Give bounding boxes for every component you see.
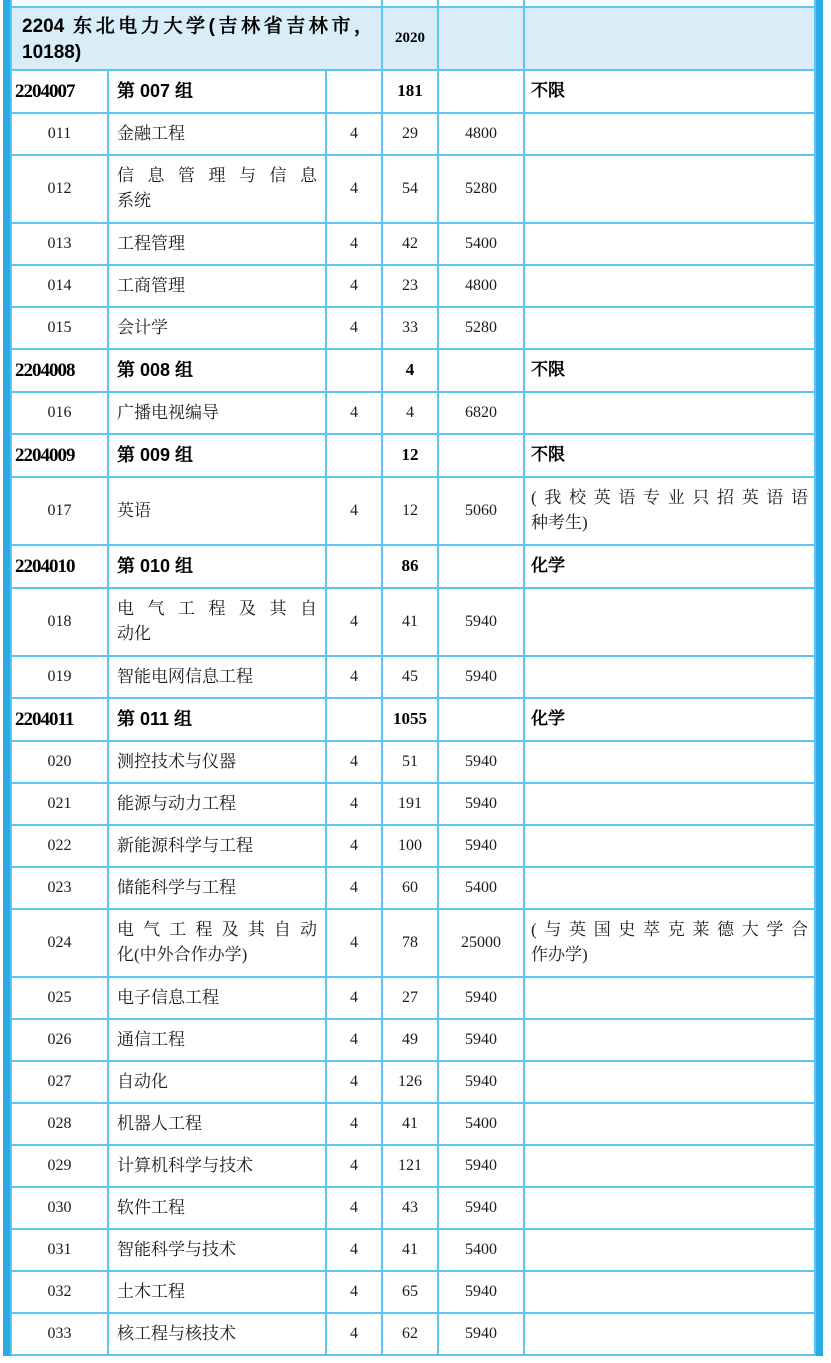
note-cell bbox=[524, 783, 815, 825]
name-cell: 电气工程及其自动化(中外合作办学) bbox=[108, 909, 326, 977]
name-cell: 第 007 组 bbox=[108, 70, 326, 113]
tuition-cell: 5400 bbox=[438, 223, 524, 265]
code-cell: 024 bbox=[11, 909, 108, 977]
tuition-cell: 5940 bbox=[438, 1019, 524, 1061]
cutoff-cell bbox=[382, 0, 438, 7]
count-cell: 191 bbox=[382, 783, 438, 825]
note-cell bbox=[524, 265, 815, 307]
major-row: 012信息管理与信息系统4545280 bbox=[11, 155, 815, 223]
note-cell: (我校英语专业只招英语语种考生) bbox=[524, 477, 815, 545]
note-cell: (与英国史萃克莱德大学合作办学) bbox=[524, 909, 815, 977]
name-cell: 广播电视编导 bbox=[108, 392, 326, 434]
years-cell: 4 bbox=[326, 1019, 382, 1061]
name-cell: 第 011 组 bbox=[108, 698, 326, 741]
major-row: 011金融工程4294800 bbox=[11, 113, 815, 155]
note-cell bbox=[524, 113, 815, 155]
major-row: 019智能电网信息工程4455940 bbox=[11, 656, 815, 698]
code-cell: 2204011 bbox=[11, 698, 108, 741]
years-cell: 4 bbox=[326, 1061, 382, 1103]
major-row: 025电子信息工程4275940 bbox=[11, 977, 815, 1019]
count-cell: 1055 bbox=[382, 698, 438, 741]
note-cell bbox=[524, 1103, 815, 1145]
years-cell: 4 bbox=[326, 477, 382, 545]
group-row: 2204009第 009 组12不限 bbox=[11, 434, 815, 477]
count-cell: 43 bbox=[382, 1187, 438, 1229]
years-cell bbox=[326, 545, 382, 588]
tuition-cell bbox=[438, 545, 524, 588]
count-cell: 23 bbox=[382, 265, 438, 307]
count-cell: 4 bbox=[382, 392, 438, 434]
tuition-cell: 5940 bbox=[438, 977, 524, 1019]
tuition-cell: 5940 bbox=[438, 1271, 524, 1313]
code-cell: 2204009 bbox=[11, 434, 108, 477]
note-cell bbox=[524, 1145, 815, 1187]
text-line: (我校英语专业只招英语语 bbox=[531, 486, 808, 511]
code-cell: 016 bbox=[11, 392, 108, 434]
count-cell: 78 bbox=[382, 909, 438, 977]
major-row: 027自动化41265940 bbox=[11, 1061, 815, 1103]
tuition-cell bbox=[438, 434, 524, 477]
major-row: 021能源与动力工程41915940 bbox=[11, 783, 815, 825]
years-cell bbox=[326, 349, 382, 392]
code-cell: 027 bbox=[11, 1061, 108, 1103]
tuition-cell: 5940 bbox=[438, 1061, 524, 1103]
name-cell: 英语 bbox=[108, 477, 326, 545]
name-cell: 电子信息工程 bbox=[108, 977, 326, 1019]
years-cell: 4 bbox=[326, 588, 382, 656]
code-cell: 031 bbox=[11, 1229, 108, 1271]
years-cell: 4 bbox=[326, 223, 382, 265]
group-row: 2204008第 008 组4不限 bbox=[11, 349, 815, 392]
years-cell bbox=[326, 70, 382, 113]
years-cell: 4 bbox=[326, 909, 382, 977]
major-row: 030软件工程4435940 bbox=[11, 1187, 815, 1229]
name-cell: 信息管理与信息系统 bbox=[108, 155, 326, 223]
admission-year: 2020 bbox=[382, 7, 438, 70]
count-cell: 54 bbox=[382, 155, 438, 223]
major-row: 028机器人工程4415400 bbox=[11, 1103, 815, 1145]
note-cell bbox=[524, 307, 815, 349]
note-cell bbox=[524, 1313, 815, 1355]
tuition-cell: 5400 bbox=[438, 1103, 524, 1145]
tuition-cell: 5940 bbox=[438, 1145, 524, 1187]
note-cell bbox=[524, 155, 815, 223]
name-cell: 智能科学与技术 bbox=[108, 1229, 326, 1271]
note-cell: 不限 bbox=[524, 349, 815, 392]
tuition-cell: 5400 bbox=[438, 867, 524, 909]
count-cell: 100 bbox=[382, 825, 438, 867]
code-cell: 2204007 bbox=[11, 70, 108, 113]
note-cell bbox=[524, 1061, 815, 1103]
name-cell: 第 009 组 bbox=[108, 434, 326, 477]
text-line: 系统 bbox=[117, 189, 317, 214]
count-cell: 12 bbox=[382, 477, 438, 545]
code-cell: 022 bbox=[11, 825, 108, 867]
code-cell: 014 bbox=[11, 265, 108, 307]
count-cell: 45 bbox=[382, 656, 438, 698]
count-cell: 60 bbox=[382, 867, 438, 909]
cutoff-cell bbox=[438, 0, 524, 7]
university-title: 2204 东北电力大学(吉林省吉林市， 10188) bbox=[11, 7, 382, 70]
count-cell: 41 bbox=[382, 588, 438, 656]
count-cell: 65 bbox=[382, 1271, 438, 1313]
name-cell: 机器人工程 bbox=[108, 1103, 326, 1145]
count-cell: 86 bbox=[382, 545, 438, 588]
text-line: (与英国史萃克莱德大学合 bbox=[531, 918, 808, 943]
code-cell: 2204008 bbox=[11, 349, 108, 392]
text-line: 动化 bbox=[117, 622, 317, 647]
note-cell: 化学 bbox=[524, 698, 815, 741]
text-line: 电气工程及其自动 bbox=[117, 918, 317, 943]
tuition-cell: 5940 bbox=[438, 656, 524, 698]
text-line: 信息管理与信息 bbox=[117, 164, 317, 189]
count-cell: 4 bbox=[382, 349, 438, 392]
note-cell bbox=[524, 1019, 815, 1061]
note-cell bbox=[524, 825, 815, 867]
note-cell bbox=[524, 1229, 815, 1271]
years-cell: 4 bbox=[326, 977, 382, 1019]
years-cell: 4 bbox=[326, 113, 382, 155]
university-header-row: 2204 东北电力大学(吉林省吉林市， 10188) 2020 bbox=[11, 7, 815, 70]
tuition-cell: 5940 bbox=[438, 741, 524, 783]
years-cell: 4 bbox=[326, 867, 382, 909]
major-row: 032土木工程4655940 bbox=[11, 1271, 815, 1313]
count-cell: 27 bbox=[382, 977, 438, 1019]
code-cell: 015 bbox=[11, 307, 108, 349]
code-cell: 025 bbox=[11, 977, 108, 1019]
count-cell: 121 bbox=[382, 1145, 438, 1187]
tuition-cell bbox=[438, 349, 524, 392]
name-cell: 核工程与核技术 bbox=[108, 1313, 326, 1355]
text-line: 作办学) bbox=[531, 943, 808, 968]
university-title-line: 10188) bbox=[22, 40, 373, 66]
major-row: 015会计学4335280 bbox=[11, 307, 815, 349]
note-cell: 化学 bbox=[524, 545, 815, 588]
major-row: 023储能科学与工程4605400 bbox=[11, 867, 815, 909]
years-cell: 4 bbox=[326, 265, 382, 307]
name-cell: 能源与动力工程 bbox=[108, 783, 326, 825]
text-line: 化(中外合作办学) bbox=[117, 943, 317, 968]
count-cell: 62 bbox=[382, 1313, 438, 1355]
years-cell: 4 bbox=[326, 656, 382, 698]
name-cell: 智能电网信息工程 bbox=[108, 656, 326, 698]
cutoff-row-top bbox=[11, 0, 815, 7]
tuition-cell bbox=[438, 70, 524, 113]
name-cell: 计算机科学与技术 bbox=[108, 1145, 326, 1187]
name-cell: 通信工程 bbox=[108, 1019, 326, 1061]
years-cell: 4 bbox=[326, 825, 382, 867]
tuition-cell: 5400 bbox=[438, 1229, 524, 1271]
note-cell bbox=[524, 1271, 815, 1313]
group-row: 2204007第 007 组181不限 bbox=[11, 70, 815, 113]
name-cell: 工程管理 bbox=[108, 223, 326, 265]
name-cell: 会计学 bbox=[108, 307, 326, 349]
code-cell: 033 bbox=[11, 1313, 108, 1355]
major-row: 029计算机科学与技术41215940 bbox=[11, 1145, 815, 1187]
code-cell: 019 bbox=[11, 656, 108, 698]
tuition-cell: 5060 bbox=[438, 477, 524, 545]
tuition-cell: 5940 bbox=[438, 825, 524, 867]
years-cell: 4 bbox=[326, 1229, 382, 1271]
code-cell: 013 bbox=[11, 223, 108, 265]
years-cell: 4 bbox=[326, 1313, 382, 1355]
major-row: 018电气工程及其自动化4415940 bbox=[11, 588, 815, 656]
count-cell: 12 bbox=[382, 434, 438, 477]
tuition-cell: 5280 bbox=[438, 307, 524, 349]
count-cell: 49 bbox=[382, 1019, 438, 1061]
years-cell: 4 bbox=[326, 392, 382, 434]
count-cell: 126 bbox=[382, 1061, 438, 1103]
code-cell: 028 bbox=[11, 1103, 108, 1145]
code-cell: 017 bbox=[11, 477, 108, 545]
name-cell: 金融工程 bbox=[108, 113, 326, 155]
code-cell: 021 bbox=[11, 783, 108, 825]
university-title-line: 2204 东北电力大学(吉林省吉林市， bbox=[22, 14, 373, 40]
code-cell: 030 bbox=[11, 1187, 108, 1229]
tuition-cell: 5940 bbox=[438, 1313, 524, 1355]
years-cell: 4 bbox=[326, 1271, 382, 1313]
major-row: 020测控技术与仪器4515940 bbox=[11, 741, 815, 783]
empty-note-cell bbox=[524, 7, 815, 70]
name-cell: 第 010 组 bbox=[108, 545, 326, 588]
empty-tuition-cell bbox=[438, 7, 524, 70]
major-row: 014工商管理4234800 bbox=[11, 265, 815, 307]
years-cell: 4 bbox=[326, 1145, 382, 1187]
name-cell: 测控技术与仪器 bbox=[108, 741, 326, 783]
count-cell: 51 bbox=[382, 741, 438, 783]
text-line: 电气工程及其自 bbox=[117, 597, 317, 622]
tuition-cell: 6820 bbox=[438, 392, 524, 434]
cutoff-cell bbox=[11, 0, 382, 7]
code-cell: 011 bbox=[11, 113, 108, 155]
years-cell bbox=[326, 434, 382, 477]
major-row: 017英语4125060(我校英语专业只招英语语种考生) bbox=[11, 477, 815, 545]
name-cell: 新能源科学与工程 bbox=[108, 825, 326, 867]
major-row: 024电气工程及其自动化(中外合作办学)47825000(与英国史萃克莱德大学合… bbox=[11, 909, 815, 977]
cutoff-cell bbox=[524, 0, 815, 7]
years-cell: 4 bbox=[326, 1103, 382, 1145]
scanned-admissions-page: 2204 东北电力大学(吉林省吉林市， 10188) 2020 2204007第… bbox=[0, 0, 831, 1363]
code-cell: 026 bbox=[11, 1019, 108, 1061]
name-cell: 自动化 bbox=[108, 1061, 326, 1103]
tuition-cell: 5940 bbox=[438, 1187, 524, 1229]
name-cell: 土木工程 bbox=[108, 1271, 326, 1313]
years-cell: 4 bbox=[326, 741, 382, 783]
name-cell: 第 008 组 bbox=[108, 349, 326, 392]
years-cell: 4 bbox=[326, 307, 382, 349]
tuition-cell: 5940 bbox=[438, 588, 524, 656]
code-cell: 023 bbox=[11, 867, 108, 909]
text-line: 种考生) bbox=[531, 511, 808, 536]
note-cell bbox=[524, 392, 815, 434]
note-cell bbox=[524, 741, 815, 783]
major-row: 016广播电视编导446820 bbox=[11, 392, 815, 434]
note-cell: 不限 bbox=[524, 70, 815, 113]
code-cell: 2204010 bbox=[11, 545, 108, 588]
tuition-cell bbox=[438, 698, 524, 741]
code-cell: 029 bbox=[11, 1145, 108, 1187]
years-cell: 4 bbox=[326, 783, 382, 825]
note-cell bbox=[524, 1187, 815, 1229]
code-cell: 012 bbox=[11, 155, 108, 223]
note-cell bbox=[524, 977, 815, 1019]
major-row: 022新能源科学与工程41005940 bbox=[11, 825, 815, 867]
note-cell bbox=[524, 656, 815, 698]
name-cell: 工商管理 bbox=[108, 265, 326, 307]
major-row: 013工程管理4425400 bbox=[11, 223, 815, 265]
code-cell: 018 bbox=[11, 588, 108, 656]
major-row: 031智能科学与技术4415400 bbox=[11, 1229, 815, 1271]
admissions-table-grid: 2204 东北电力大学(吉林省吉林市， 10188) 2020 2204007第… bbox=[10, 0, 816, 1356]
code-cell: 020 bbox=[11, 741, 108, 783]
code-cell: 032 bbox=[11, 1271, 108, 1313]
major-row: 026通信工程4495940 bbox=[11, 1019, 815, 1061]
tuition-cell: 5940 bbox=[438, 783, 524, 825]
name-cell: 软件工程 bbox=[108, 1187, 326, 1229]
tuition-cell: 25000 bbox=[438, 909, 524, 977]
count-cell: 33 bbox=[382, 307, 438, 349]
tuition-cell: 5280 bbox=[438, 155, 524, 223]
note-cell bbox=[524, 223, 815, 265]
group-row: 2204011第 011 组1055化学 bbox=[11, 698, 815, 741]
years-cell bbox=[326, 698, 382, 741]
count-cell: 41 bbox=[382, 1103, 438, 1145]
group-row: 2204010第 010 组86化学 bbox=[11, 545, 815, 588]
tuition-cell: 4800 bbox=[438, 113, 524, 155]
tuition-cell: 4800 bbox=[438, 265, 524, 307]
years-cell: 4 bbox=[326, 1187, 382, 1229]
name-cell: 储能科学与工程 bbox=[108, 867, 326, 909]
years-cell: 4 bbox=[326, 155, 382, 223]
count-cell: 29 bbox=[382, 113, 438, 155]
count-cell: 41 bbox=[382, 1229, 438, 1271]
major-row: 033核工程与核技术4625940 bbox=[11, 1313, 815, 1355]
count-cell: 42 bbox=[382, 223, 438, 265]
admissions-table: 2204 东北电力大学(吉林省吉林市， 10188) 2020 2204007第… bbox=[3, 0, 823, 1356]
note-cell: 不限 bbox=[524, 434, 815, 477]
note-cell bbox=[524, 588, 815, 656]
name-cell: 电气工程及其自动化 bbox=[108, 588, 326, 656]
note-cell bbox=[524, 867, 815, 909]
count-cell: 181 bbox=[382, 70, 438, 113]
